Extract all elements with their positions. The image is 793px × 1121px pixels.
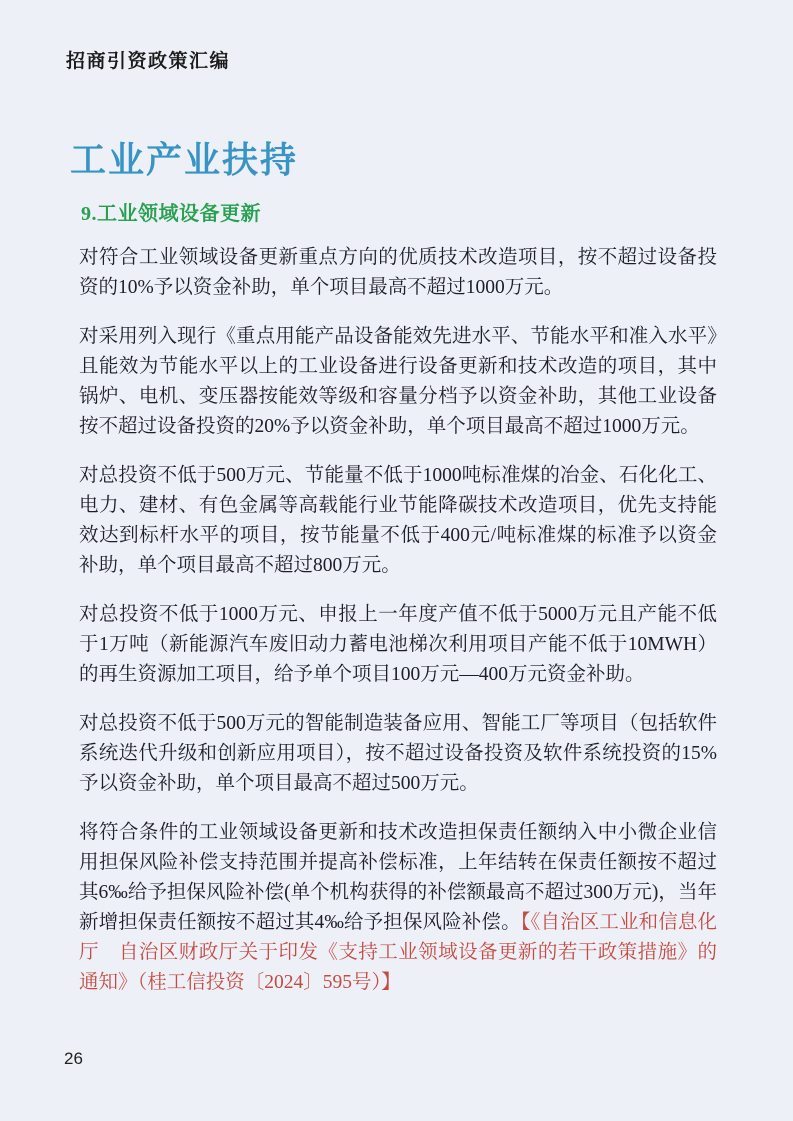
page-number: 26	[64, 1049, 83, 1069]
section-title: 工业产业扶持	[70, 132, 298, 183]
subsection-title: 9.工业领域设备更新	[81, 197, 261, 226]
policy-content: 对符合工业领域设备更新重点方向的优质技术改造项目，按不超过设备投资的10%予以资…	[79, 243, 717, 998]
policy-paragraph: 对总投资不低于500万元的智能制造装备应用、智能工厂等项目（包括软件系统迭代升级…	[79, 709, 717, 799]
policy-paragraph-with-citation: 将符合条件的工业领域设备更新和技术改造担保责任额纳入中小微企业信用担保风险补偿支…	[79, 818, 717, 998]
document-header-title: 招商引资政策汇编	[66, 46, 230, 73]
document-page: 招商引资政策汇编 工业产业扶持 9.工业领域设备更新 对符合工业领域设备更新重点…	[0, 0, 793, 1121]
policy-paragraph: 对采用列入现行《重点用能产品设备能效先进水平、节能水平和准入水平》且能效为节能水…	[79, 322, 717, 442]
policy-paragraph: 对总投资不低于500万元、节能量不低于1000吨标准煤的冶金、石化化工、电力、建…	[79, 461, 717, 581]
policy-paragraph: 对符合工业领域设备更新重点方向的优质技术改造项目，按不超过设备投资的10%予以资…	[79, 243, 717, 303]
policy-paragraph: 对总投资不低于1000万元、申报上一年度产值不低于5000万元且产能不低于1万吨…	[79, 600, 717, 690]
